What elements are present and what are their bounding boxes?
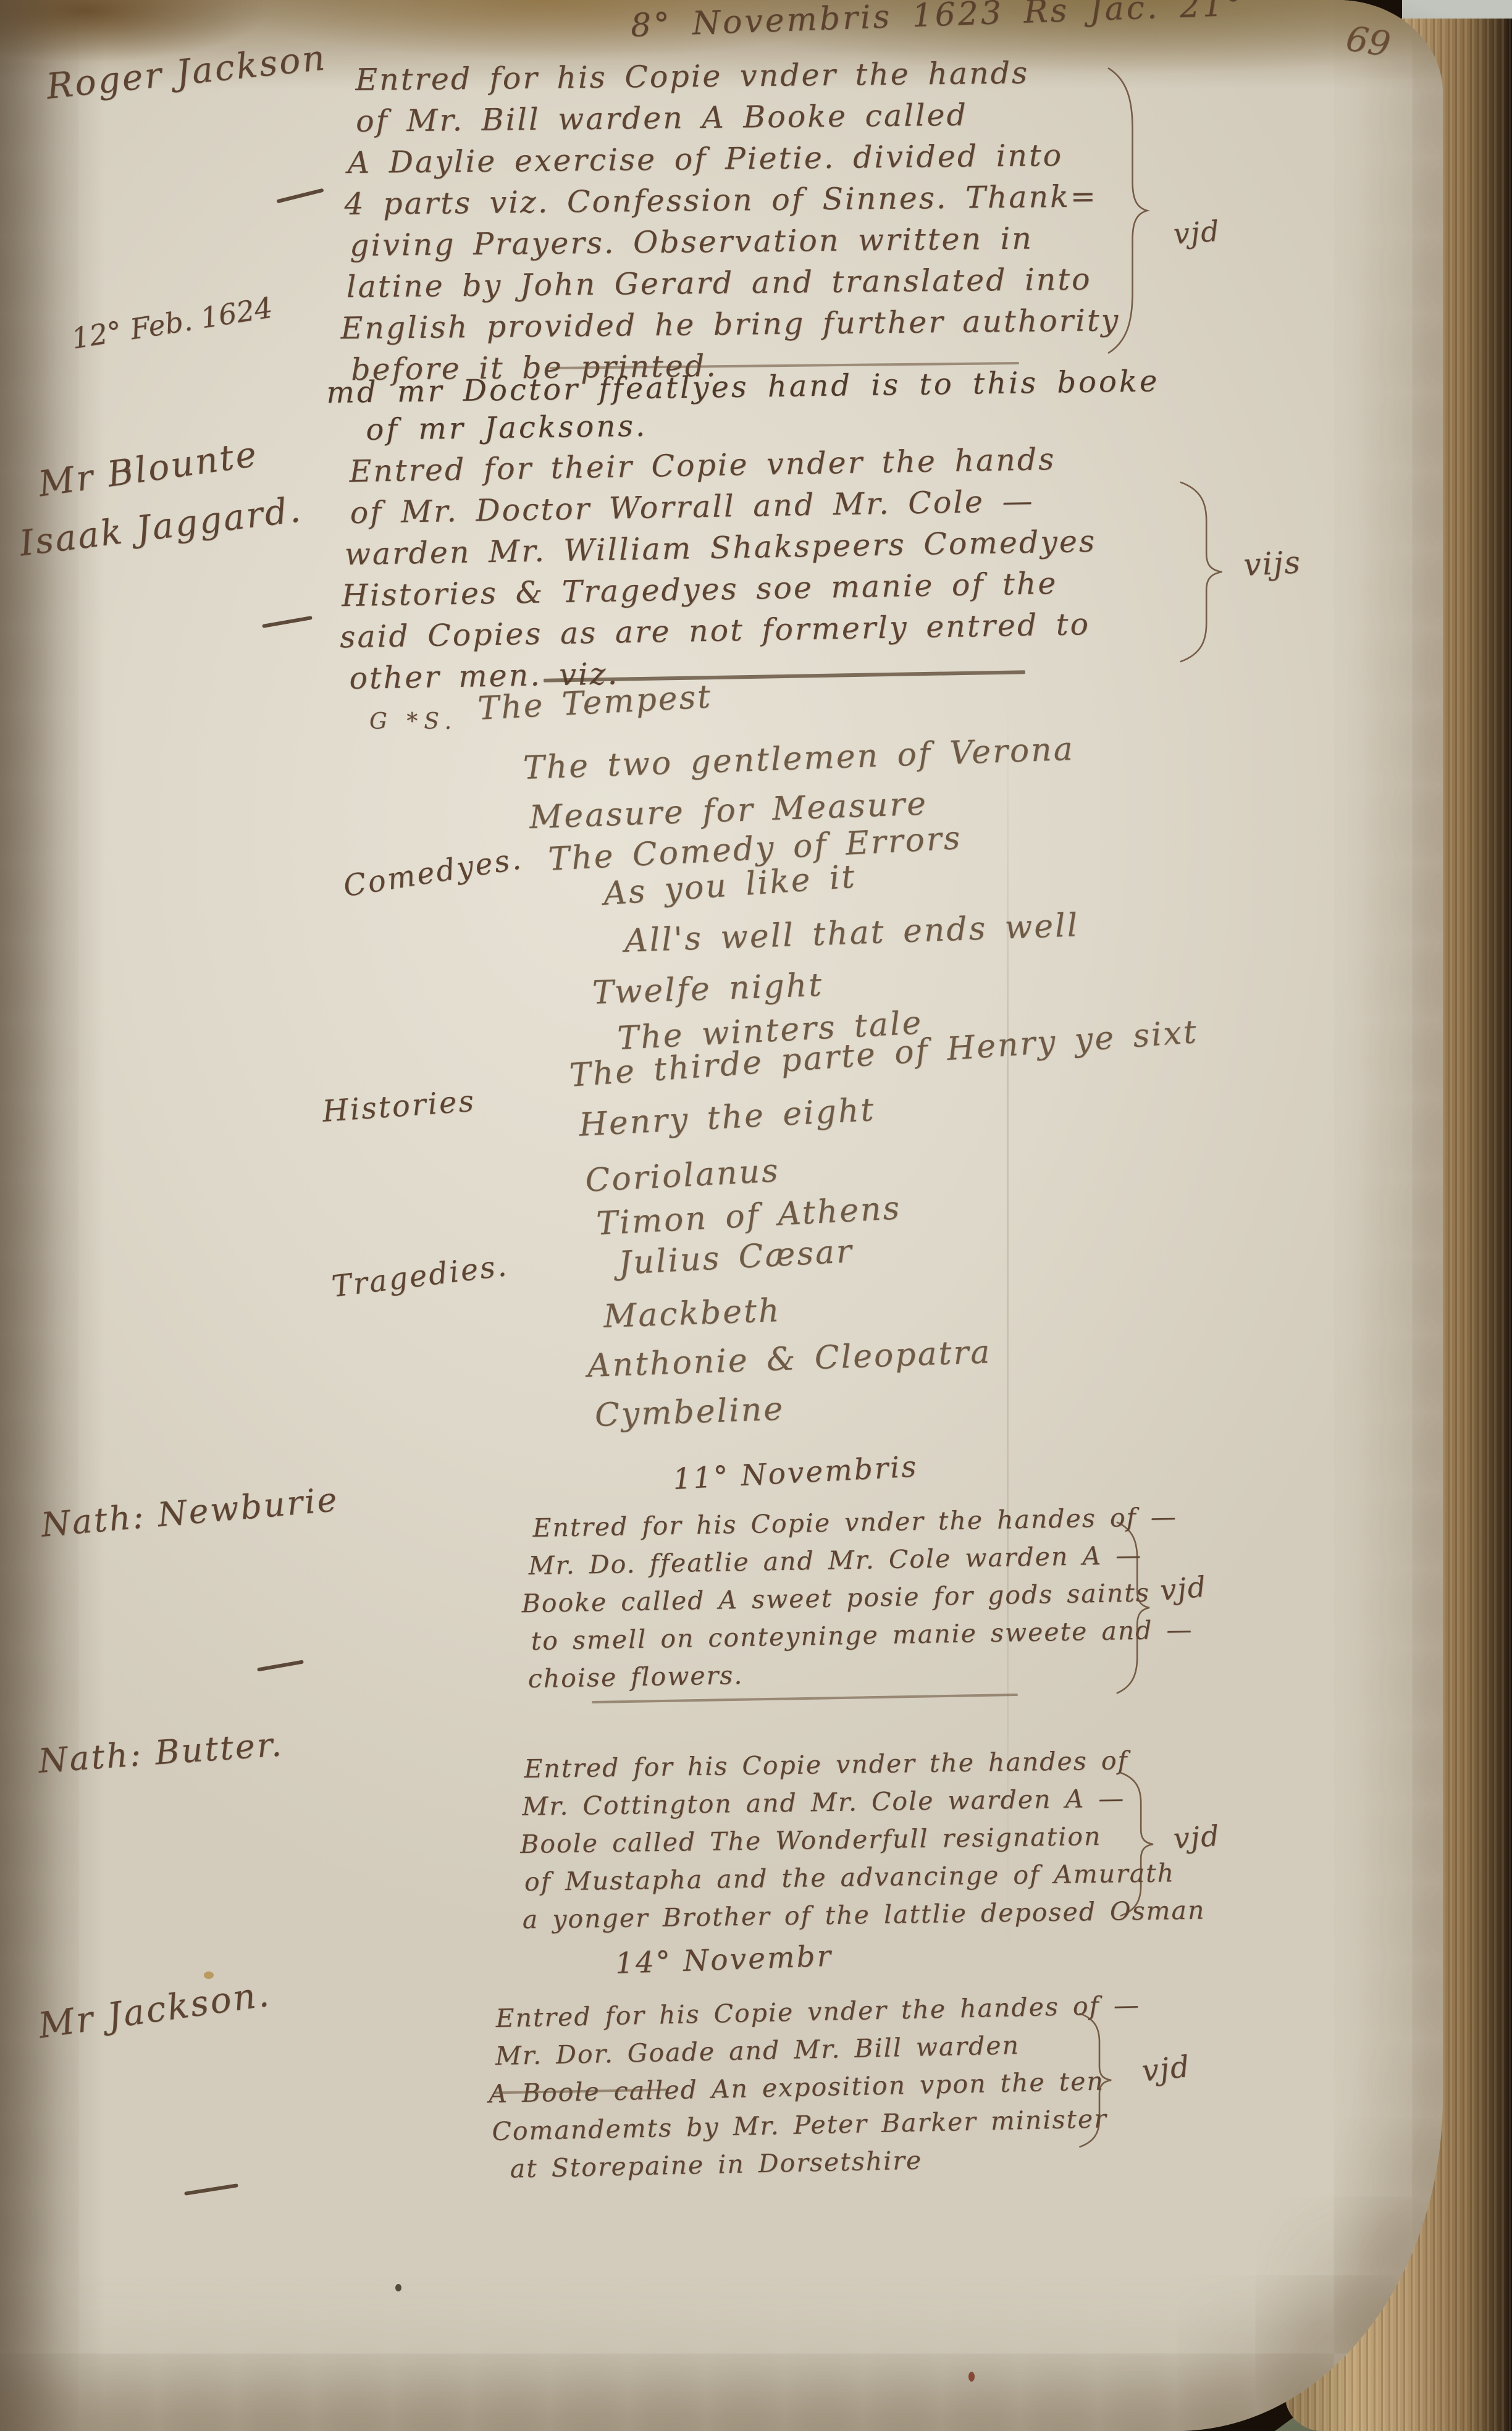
play-title: Cymbeline — [594, 1390, 785, 1434]
ink-speck — [395, 2284, 401, 2291]
play-title: Mackbeth — [603, 1292, 781, 1335]
entry4-fee-brace — [1114, 1771, 1159, 1917]
entry3-fee-brace — [1111, 1521, 1155, 1695]
entry3-body: Entred for his Copie vnder the handes of… — [532, 1498, 1194, 1698]
plays-marginalia: G *S. — [369, 709, 458, 734]
red-fleck — [968, 2372, 975, 2382]
entry2-fee-brace — [1172, 481, 1229, 663]
entry1-body: Entred for his Copie vnder the hands of … — [355, 51, 1120, 390]
entry2-fee: vijs — [1243, 544, 1302, 583]
binding-gutter-shadow — [0, 0, 105, 2431]
stain-speck — [204, 1971, 214, 1979]
entry-line: Entred for his Copie vnder the hands — [355, 51, 1117, 101]
entry1-memo-line2: of mr Jacksons. — [366, 409, 648, 447]
entry3-fee: vjd — [1159, 1569, 1208, 1606]
entry-line: English provided he bring further author… — [340, 300, 1120, 349]
entry1-fee: vjd — [1172, 214, 1221, 251]
entry4-body: Entred for his Copie vnder the handes of… — [524, 1741, 1206, 1939]
entry5-body: Entred for his Copie vnder the handes of… — [495, 1986, 1144, 2188]
entry-line: of Mr. Bill warden A Booke called — [356, 93, 1118, 142]
entry4-fee: vjd — [1172, 1819, 1221, 1855]
entry1-fee-brace — [1101, 65, 1154, 356]
folio-number: 69 — [1343, 19, 1393, 65]
entry5-fee-brace — [1073, 2012, 1117, 2148]
entry5-fee: vjd — [1140, 2049, 1192, 2089]
entry2-body: Entred for their Copie vnder the hands o… — [349, 438, 1099, 699]
manuscript-photo: 8° Novembris 1623 Rs Jac. 21° 69 Roger J… — [0, 0, 1512, 2431]
